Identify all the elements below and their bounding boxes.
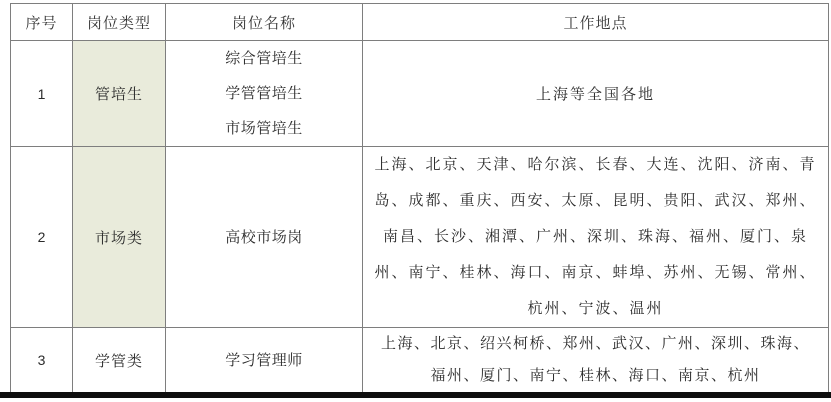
header-no: 序号 (11, 4, 73, 41)
cell-work-location: 上海、北京、绍兴柯桥、郑州、武汉、广州、深圳、珠海、 福州、厦门、南宁、桂林、海… (363, 328, 829, 393)
table-row: 2 市场类 高校市场岗 上海、北京、天津、哈尔滨、长春、大连、沈阳、济南、青 岛… (11, 147, 829, 328)
cell-position-type: 学管类 (73, 328, 166, 393)
header-row: 序号 岗位类型 岗位名称 工作地点 (11, 4, 829, 41)
cell-work-location: 上海等全国各地 (363, 41, 829, 147)
cell-position-type: 管培生 (73, 41, 166, 147)
table-row: 3 学管类 学习管理师 上海、北京、绍兴柯桥、郑州、武汉、广州、深圳、珠海、 福… (11, 328, 829, 393)
job-positions-table: 序号 岗位类型 岗位名称 工作地点 1 管培生 综合管培生 学管管培生 市场管培… (10, 3, 829, 393)
bottom-divider-bar (0, 392, 831, 398)
header-position-type: 岗位类型 (73, 4, 166, 41)
cell-position-name: 综合管培生 学管管培生 市场管培生 (166, 41, 363, 147)
header-work-location: 工作地点 (363, 4, 829, 41)
cell-row-number: 3 (11, 328, 73, 393)
table-row: 1 管培生 综合管培生 学管管培生 市场管培生 上海等全国各地 (11, 41, 829, 147)
cell-position-name: 高校市场岗 (166, 147, 363, 328)
cell-position-type: 市场类 (73, 147, 166, 328)
cell-row-number: 2 (11, 147, 73, 328)
cell-row-number: 1 (11, 41, 73, 147)
cell-work-location: 上海、北京、天津、哈尔滨、长春、大连、沈阳、济南、青 岛、成都、重庆、西安、太原… (363, 147, 829, 328)
header-position-name: 岗位名称 (166, 4, 363, 41)
cell-position-name: 学习管理师 (166, 328, 363, 393)
